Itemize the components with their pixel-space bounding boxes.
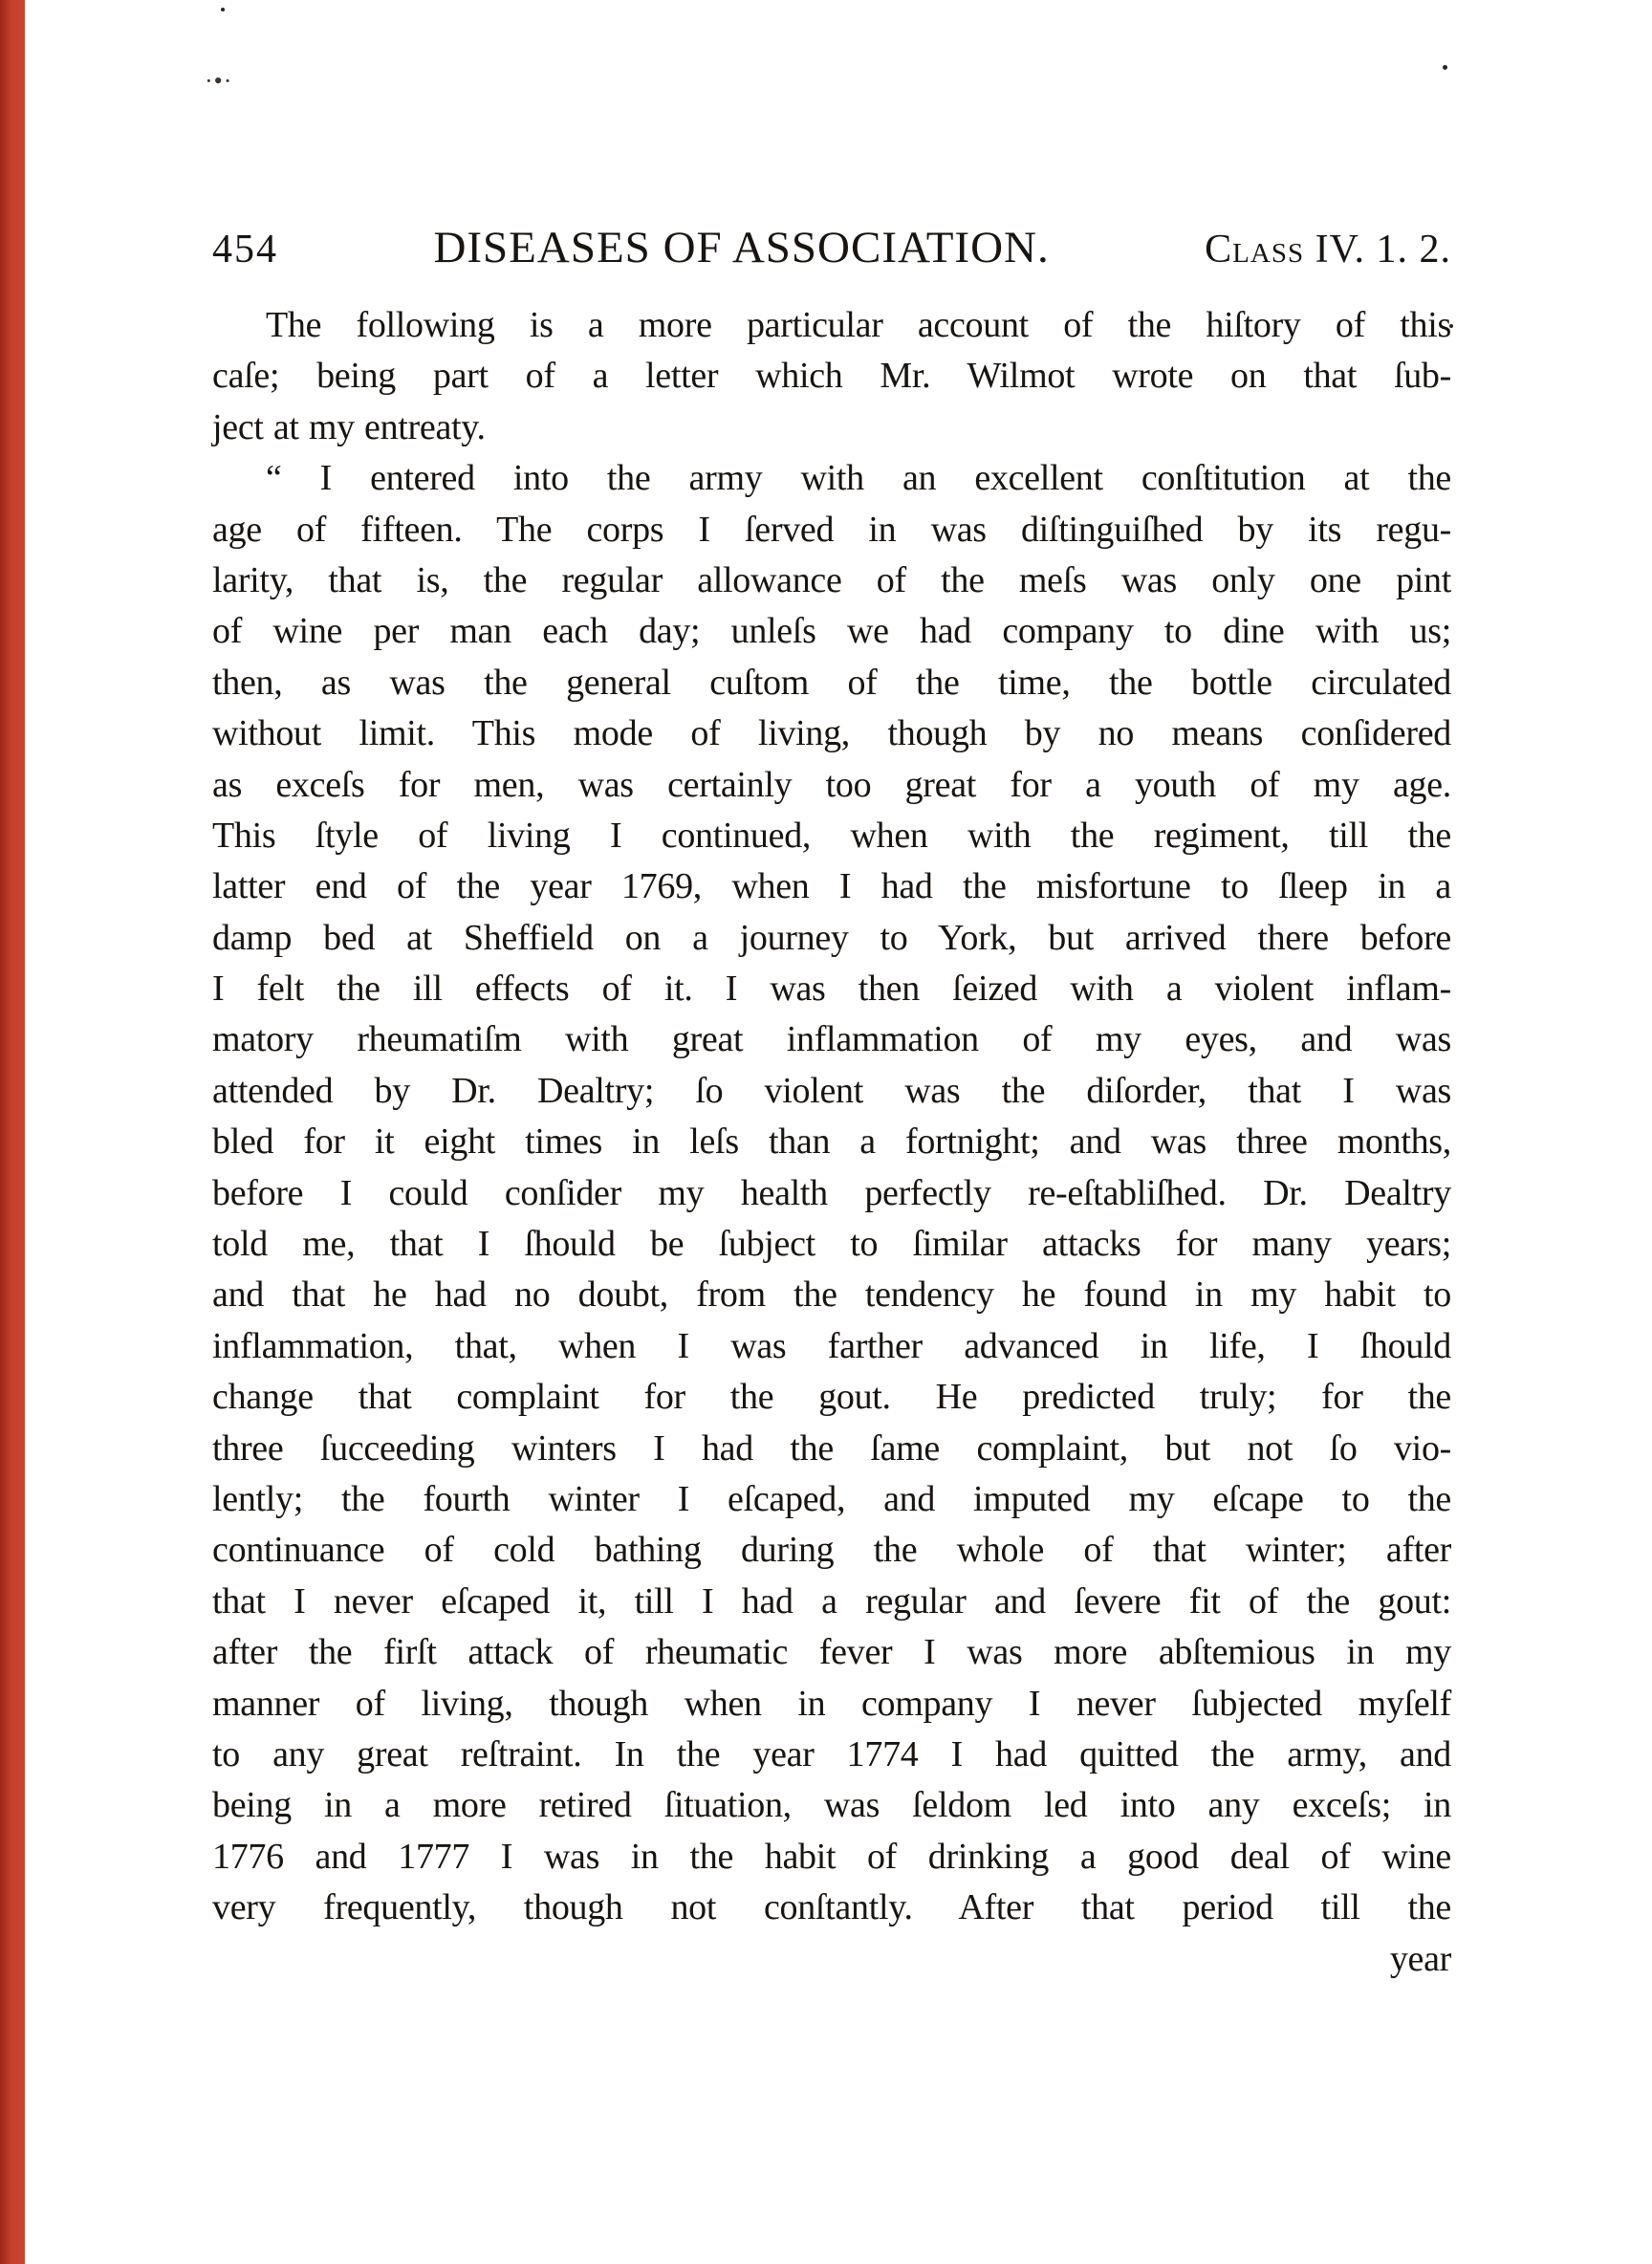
text-line: told me, that I ſhould be ſubject to ſim… bbox=[212, 1219, 1451, 1270]
text-line: continuance of cold bathing during the w… bbox=[212, 1525, 1451, 1576]
running-title: DISEASES OF ASSOCIATION. bbox=[433, 222, 1049, 273]
text-line: to any great reſtraint. In the year 1774… bbox=[212, 1730, 1451, 1780]
text-line: very frequently, though not conſtantly. … bbox=[212, 1883, 1451, 1933]
text-line: age of fifteen. The corps I ſerved in wa… bbox=[212, 505, 1451, 555]
text-line: The following is a more particular accou… bbox=[212, 300, 1451, 351]
scan-red-edge bbox=[0, 0, 25, 2264]
text-line: This ſtyle of living I continued, when w… bbox=[212, 811, 1451, 861]
text-line: and that he had no doubt, from the tende… bbox=[212, 1270, 1451, 1320]
text-line: latter end of the year 1769, when I had … bbox=[212, 861, 1451, 912]
text-line: attended by Dr. Dealtry; ſo violent was … bbox=[212, 1066, 1451, 1117]
text-line: I felt the ill effects of it. I was then… bbox=[212, 964, 1451, 1014]
text-line: ject at my entreaty. bbox=[212, 403, 1451, 453]
text-line: that I never eſcaped it, till I had a re… bbox=[212, 1577, 1451, 1627]
text-line: manner of living, though when in company… bbox=[212, 1679, 1451, 1730]
text-line: without limit. This mode of living, thou… bbox=[212, 708, 1451, 759]
page-number: 454 bbox=[212, 227, 278, 272]
text-line: then, as was the general cuſtom of the t… bbox=[212, 658, 1451, 708]
book-page-scan: ·•· 454 DISEASES OF ASSOCIATION. Class I… bbox=[0, 0, 1652, 2264]
text-line: change that complaint for the gout. He p… bbox=[212, 1372, 1451, 1423]
text-line: caſe; being part of a letter which Mr. W… bbox=[212, 351, 1451, 402]
text-line: bled for it eight times in leſs than a f… bbox=[212, 1117, 1451, 1167]
scan-ink-dots: ·•· bbox=[205, 67, 232, 96]
text-line: being in a more retired ſituation, was ſ… bbox=[212, 1780, 1451, 1831]
scan-speck bbox=[1443, 65, 1447, 70]
text-line: matory rheumatiſm with great inflammatio… bbox=[212, 1014, 1451, 1065]
text-line: 1776 and 1777 I was in the habit of drin… bbox=[212, 1832, 1451, 1883]
scan-speck bbox=[221, 8, 225, 11]
page-body: The following is a more particular accou… bbox=[212, 300, 1451, 1985]
text-line: as exceſs for men, was certainly too gre… bbox=[212, 760, 1451, 811]
text-line: after the firſt attack of rheumatic feve… bbox=[212, 1627, 1451, 1678]
text-line: larity, that is, the regular allowance o… bbox=[212, 555, 1451, 606]
section-label: Class IV. 1. 2. bbox=[1205, 227, 1451, 272]
text-line: three ſucceeding winters I had the ſame … bbox=[212, 1424, 1451, 1474]
text-line: lently; the fourth winter I eſcaped, and… bbox=[212, 1474, 1451, 1525]
text-line: inflammation, that, when I was farther a… bbox=[212, 1321, 1451, 1372]
catchword: year bbox=[212, 1934, 1451, 1985]
text-line: damp bed at Sheffield on a journey to Yo… bbox=[212, 913, 1451, 964]
text-line: before I could conſider my health perfec… bbox=[212, 1168, 1451, 1219]
text-line: “ I entered into the army with an excell… bbox=[212, 453, 1451, 504]
text-line: of wine per man each day; unleſs we had … bbox=[212, 606, 1451, 657]
page-header: 454 DISEASES OF ASSOCIATION. Class IV. 1… bbox=[212, 222, 1451, 273]
